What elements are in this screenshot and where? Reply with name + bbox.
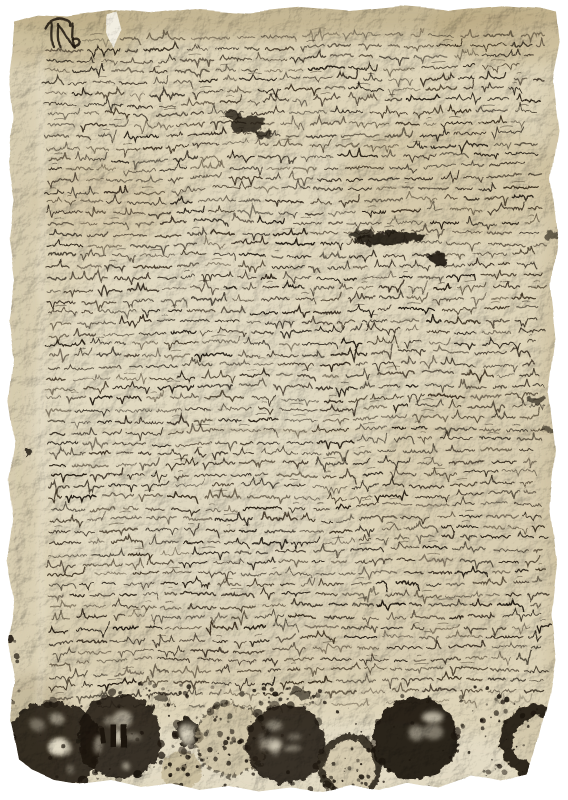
seal-speckle <box>227 736 230 739</box>
seal-light-patch <box>68 764 76 774</box>
speckle-dot <box>494 709 499 714</box>
speckle-dot <box>1 690 8 697</box>
speckle-dot <box>161 690 164 693</box>
seal-speckle <box>528 720 530 722</box>
seal-light-patch <box>410 725 424 739</box>
speckle-dot <box>207 755 208 756</box>
speckle-dot <box>485 775 487 777</box>
speckle-dot <box>167 761 171 765</box>
speckle-dot <box>500 699 505 704</box>
speckle-dot <box>83 745 87 749</box>
seal-rim-blob <box>245 744 252 751</box>
speckle-dot <box>184 696 188 700</box>
speckle-dot <box>109 768 111 770</box>
seal-speckle <box>528 724 531 727</box>
speckle-dot <box>524 743 527 746</box>
speckle-dot <box>185 743 186 744</box>
seal-rim-blob <box>452 726 461 735</box>
speckle-dot <box>287 688 290 691</box>
seal-rim-blob <box>69 788 72 791</box>
speckle-dot <box>140 685 142 687</box>
speckle-dot <box>472 709 473 710</box>
speckle-dot <box>359 773 365 779</box>
seal-speckle <box>205 731 209 735</box>
ink-blot <box>25 448 32 457</box>
seal-speckle <box>357 758 361 762</box>
speckle-dot <box>290 782 294 786</box>
speckle-dot <box>173 707 174 708</box>
speckle-dot <box>482 770 485 773</box>
speckle-dot <box>164 768 165 769</box>
seal-speckle <box>215 755 217 757</box>
speckle-dot <box>119 706 122 709</box>
speckle-dot <box>495 768 496 769</box>
speckle-dot <box>485 686 489 690</box>
speckle-dot <box>323 788 327 792</box>
speckle-dot <box>322 744 323 745</box>
speckle-dot <box>168 715 170 717</box>
speckle-dot <box>330 780 334 784</box>
speckle-dot <box>196 764 199 767</box>
speckle-dot <box>315 693 320 698</box>
seal-rim-blob <box>222 701 230 709</box>
speckle-dot <box>362 732 364 734</box>
seal-speckle <box>245 758 248 761</box>
seal-speckle <box>208 744 213 749</box>
speckle-dot <box>367 773 371 777</box>
speckle-dot <box>536 708 538 710</box>
speckle-dot <box>336 710 340 714</box>
speckle-dot <box>67 713 68 714</box>
speckle-dot <box>270 687 274 691</box>
speckle-dot <box>84 731 88 735</box>
speckle-dot <box>157 759 161 763</box>
speckle-dot <box>480 716 485 721</box>
speckle-dot <box>278 697 282 701</box>
speckle-dot <box>280 733 283 736</box>
speckle-dot <box>6 635 14 643</box>
speckle-dot <box>237 787 241 791</box>
speckle-dot <box>9 671 15 677</box>
speckle-dot <box>0 711 7 719</box>
speckle-dot <box>131 733 133 735</box>
speckle-dot <box>468 749 471 752</box>
seal-light-patch <box>423 724 442 738</box>
speckle-dot <box>139 773 142 776</box>
speckle-dot <box>217 717 220 720</box>
seal-rim-blob <box>208 709 216 717</box>
seal-light-patch <box>283 744 300 751</box>
seal-rim-blob <box>449 754 452 757</box>
speckle-dot <box>385 780 387 782</box>
initial-letter-stroke <box>75 23 76 46</box>
speckle-dot <box>1 715 8 722</box>
speckle-dot <box>522 772 523 773</box>
speckle-dot <box>467 785 469 787</box>
seal-rim-blob <box>8 735 16 743</box>
seal-speckle <box>185 772 190 777</box>
speckle-dot <box>268 701 271 704</box>
seal-rim-blob <box>367 736 372 741</box>
seal-rim-blob <box>171 783 181 793</box>
speckle-dot <box>412 721 415 724</box>
speckle-dot <box>486 702 488 704</box>
speckle-dot <box>381 749 382 750</box>
speckle-dot <box>323 701 327 705</box>
speckle-dot <box>473 685 476 688</box>
speckle-dot <box>268 697 270 699</box>
seal-speckle <box>179 753 181 755</box>
seal-rim-blob <box>157 739 165 747</box>
speckle-dot <box>490 784 495 789</box>
seal-rim-blob <box>215 704 222 711</box>
speckle-dot <box>485 769 491 775</box>
speckle-dot <box>340 780 342 782</box>
seal-speckle <box>230 754 232 756</box>
seal-rim-blob <box>178 744 187 753</box>
seal-rim-blob <box>9 760 17 768</box>
speckle-dot <box>228 721 230 723</box>
seal-speckle <box>163 765 166 768</box>
speckle-dot <box>135 737 139 741</box>
speckle-dot <box>455 748 459 752</box>
speckle-dot <box>149 737 151 739</box>
speckle-dot <box>308 733 310 735</box>
seal-rim-blob <box>103 693 109 699</box>
speckle-dot <box>328 786 332 790</box>
seal-speckle <box>223 744 225 746</box>
speckle-dot <box>1 701 5 705</box>
seal-rim-blob <box>270 701 280 711</box>
speckle-dot <box>519 705 520 706</box>
seal-light-patch <box>266 720 281 729</box>
seal-speckle <box>228 760 233 765</box>
speckle-dot <box>147 684 151 688</box>
speckle-dot <box>484 778 489 783</box>
speckle-dot <box>506 737 507 738</box>
seal-rim-blob <box>114 776 121 783</box>
speckle-dot <box>219 751 221 753</box>
speckle-dot <box>152 765 153 766</box>
seal-rim-blob <box>119 691 122 694</box>
speckle-dot <box>427 696 429 698</box>
speckle-dot <box>481 724 485 728</box>
seal-speckle <box>224 739 229 744</box>
seal-rim-blob <box>389 766 394 771</box>
seal-light-patch <box>422 710 444 721</box>
speckle-dot <box>351 785 354 788</box>
speckle-dot <box>56 775 59 778</box>
seal-speckle <box>229 715 234 720</box>
speckle-dot <box>516 745 518 747</box>
speckle-dot <box>147 691 149 693</box>
seal-light-patch <box>103 717 117 727</box>
speckle-dot <box>201 762 204 765</box>
speckle-dot <box>356 724 358 726</box>
speckle-dot <box>11 758 14 761</box>
seal-light-patch <box>29 718 43 732</box>
seal-light-patch <box>263 736 282 749</box>
speckle-dot <box>166 705 169 708</box>
speckle-dot <box>450 717 451 718</box>
speckle-dot <box>460 700 463 703</box>
speckle-dot <box>96 777 98 779</box>
speckle-dot <box>379 779 381 781</box>
seal-rim-blob <box>247 724 254 731</box>
speckle-dot <box>320 775 324 779</box>
seal-speckle <box>231 729 236 734</box>
speckle-dot <box>343 767 344 768</box>
seal-speckle <box>230 740 233 743</box>
seal-speckle <box>543 742 547 746</box>
speckle-dot <box>1 649 4 652</box>
manuscript-page: Scanned page of a medieval manuscript ch… <box>0 0 568 800</box>
speckle-dot <box>309 702 311 704</box>
seal-speckle <box>179 767 180 768</box>
speckle-dot <box>200 757 203 760</box>
speckle-dot <box>200 732 201 733</box>
seal-speckle <box>368 747 373 752</box>
seal-light-patch <box>49 711 64 724</box>
speckle-dot <box>348 707 349 708</box>
seal-speckle <box>214 755 219 760</box>
speckle-dot <box>399 737 400 738</box>
seal-rim-blob <box>82 748 87 753</box>
speckle-dot <box>210 687 214 691</box>
speckle-dot <box>197 716 199 718</box>
speckle-dot <box>0 665 3 669</box>
speckle-dot <box>177 686 180 689</box>
speckle-dot <box>203 774 204 775</box>
seal-speckle <box>168 772 172 776</box>
speckle-dot <box>328 783 332 787</box>
speckle-dot <box>252 772 255 775</box>
speckle-dot <box>184 686 189 691</box>
seal-speckle <box>232 736 237 741</box>
speckle-dot <box>177 693 180 696</box>
speckle-dot <box>495 764 498 767</box>
speckle-dot <box>312 695 315 698</box>
seal-speckle <box>175 767 179 771</box>
speckle-dot <box>349 789 351 791</box>
speckle-dot <box>351 747 354 750</box>
seal-rim-blob <box>320 781 328 789</box>
seal-speckle <box>358 787 360 789</box>
seal-speckle <box>331 761 335 765</box>
speckle-dot <box>487 784 492 789</box>
speckle-dot <box>13 700 17 704</box>
speckle-dot <box>343 771 344 772</box>
speckle-dot <box>9 679 15 685</box>
seal-speckle <box>357 768 359 770</box>
speckle-dot <box>357 770 359 772</box>
speckle-dot <box>16 705 17 706</box>
seal-rim-blob <box>109 688 117 696</box>
speckle-dot <box>15 657 19 661</box>
speckle-dot <box>503 708 507 712</box>
speckle-dot <box>553 705 556 708</box>
speckle-dot <box>151 686 155 690</box>
speckle-dot <box>492 758 494 760</box>
speckle-dot <box>459 695 463 699</box>
speckle-dot <box>155 754 156 755</box>
seal-speckle <box>185 753 190 758</box>
seal-rim-blob <box>132 769 140 777</box>
seal-rim-blob <box>172 729 179 736</box>
seal-speckle <box>222 719 224 721</box>
speckle-dot <box>490 715 492 717</box>
speckle-dot <box>263 686 267 690</box>
speckle-dot <box>198 750 202 754</box>
speckle-dot <box>81 704 83 706</box>
speckle-dot <box>499 764 501 766</box>
seal-rim-blob <box>287 702 295 710</box>
seal-light-patch <box>121 761 128 769</box>
seal-speckle <box>546 729 548 731</box>
speckle-dot <box>3 698 12 707</box>
speckle-dot <box>167 693 168 694</box>
seal-rim-blob <box>400 694 404 698</box>
speckle-dot <box>223 786 225 788</box>
speckle-dot <box>408 785 412 789</box>
speckle-dot <box>264 726 265 727</box>
speckle-dot <box>494 697 497 700</box>
speckle-dot <box>410 757 412 759</box>
speckle-dot <box>389 688 390 689</box>
speckle-dot <box>171 706 172 707</box>
speckle-dot <box>106 777 107 778</box>
speckle-dot <box>217 748 218 749</box>
speckle-dot <box>425 700 428 703</box>
seal-rim-blob <box>314 718 322 726</box>
speckle-dot <box>317 689 321 693</box>
speckle-dot <box>430 785 432 787</box>
speckle-dot <box>316 760 319 763</box>
speckle-dot <box>263 692 265 694</box>
speckle-dot <box>460 722 464 726</box>
speckle-dot <box>484 733 486 735</box>
seal-speckle <box>527 769 532 774</box>
speckle-dot <box>306 786 312 792</box>
speckle-dot <box>14 651 20 657</box>
speckle-dot <box>286 688 288 690</box>
speckle-dot <box>150 706 151 707</box>
seal-speckle <box>531 710 537 716</box>
speckle-dot <box>39 734 40 735</box>
seal-rim-blob <box>259 714 265 720</box>
seal-speckle <box>218 731 223 736</box>
speckle-dot <box>514 702 516 704</box>
seal-speckle <box>361 782 364 785</box>
seal-speckle <box>560 760 562 762</box>
speckle-dot <box>251 721 252 722</box>
speckle-dot <box>123 737 125 739</box>
seal-rim-blob <box>75 738 80 743</box>
speckle-dot <box>78 751 80 753</box>
speckle-dot <box>253 736 256 739</box>
speckle-dot <box>504 719 507 722</box>
speckle-dot <box>224 784 227 787</box>
speckle-dot <box>498 718 500 720</box>
speckle-dot <box>327 776 331 780</box>
seal-speckle <box>364 782 368 786</box>
speckle-dot <box>501 769 507 775</box>
speckle-dot <box>4 645 7 648</box>
seal-rim-blob <box>187 749 191 753</box>
speckle-dot <box>408 733 409 734</box>
speckle-dot <box>311 701 314 704</box>
seal-rim-blob <box>318 748 324 754</box>
speckle-dot <box>253 695 254 696</box>
speckle-dot <box>240 691 246 697</box>
speckle-dot <box>142 690 143 691</box>
speckle-dot <box>61 744 65 748</box>
speckle-dot <box>520 709 521 710</box>
speckle-dot <box>12 752 13 753</box>
speckle-dot <box>48 757 52 761</box>
seal-rim-blob <box>376 719 382 725</box>
speckle-dot <box>286 770 290 774</box>
seal-speckle <box>357 778 361 782</box>
seal-speckle <box>347 766 351 770</box>
seal-rim-blob <box>79 776 89 786</box>
speckle-dot <box>273 691 279 697</box>
speckle-dot <box>286 698 288 700</box>
speckle-dot <box>140 731 144 735</box>
speckle-dot <box>420 775 422 777</box>
speckle-dot <box>20 688 23 691</box>
speckle-dot <box>214 718 215 719</box>
speckle-dot <box>144 689 146 691</box>
seal-speckle <box>344 757 345 758</box>
fold-line <box>37 55 46 745</box>
seal-rim-blob <box>97 699 102 704</box>
speckle-dot <box>520 712 525 717</box>
seal-speckle <box>545 739 548 742</box>
speckle-dot <box>361 762 363 764</box>
ink-blot <box>153 696 167 704</box>
paper-document <box>0 0 568 800</box>
speckle-dot <box>395 726 397 728</box>
speckle-dot <box>171 743 174 746</box>
speckle-dot <box>442 747 444 749</box>
seal-speckle <box>181 766 185 770</box>
seal-light-patch <box>287 734 301 739</box>
seal-rim-blob <box>50 696 60 706</box>
seal-speckle <box>238 739 243 744</box>
speckle-dot <box>14 639 17 642</box>
seal-speckle <box>215 719 218 722</box>
speckle-dot <box>253 688 257 692</box>
speckle-dot <box>497 694 501 698</box>
speckle-dot <box>259 701 264 706</box>
seal-rim-blob <box>373 746 378 751</box>
speckle-dot <box>486 784 491 789</box>
speckle-dot <box>536 777 540 781</box>
seal-rim-blob <box>156 751 163 758</box>
scan-background: Scanned page of a medieval manuscript ch… <box>0 0 568 800</box>
speckle-dot <box>232 699 233 700</box>
